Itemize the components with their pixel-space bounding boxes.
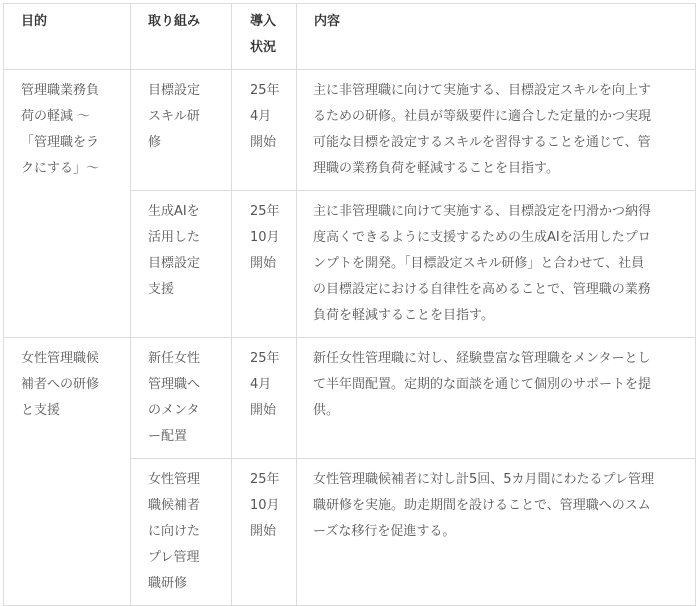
- initiative-text: のメンタ: [148, 398, 219, 424]
- content-text: 理職の業務負荷を軽減することを目指す。: [313, 156, 681, 182]
- content-text: 主に非管理職に向けて実施する、目標設定スキルを向上す: [313, 78, 681, 104]
- initiative-cell: 女性管理 職候補者 に向けた プレ管理 職研修: [131, 459, 232, 524]
- content-text: 度高くできるように支援するための生成AIを活用したプロ: [313, 225, 681, 251]
- header-status-text-2: 状況: [250, 35, 290, 61]
- content-text: 供。: [313, 398, 681, 424]
- content-text: の目標設定における自律性を高めることで、管理職の業務: [313, 277, 681, 303]
- content-text: 女性管理職候補者に対し計5回、5カ月間にわたるプレ管理: [313, 467, 681, 493]
- header-initiative: 取り組み: [131, 4, 232, 70]
- initiative-text: 管理職へ: [148, 372, 219, 398]
- content-cell: 主に非管理職に向けて実施する、目標設定スキルを向上す るための研修。社員が等級要…: [297, 70, 696, 191]
- content-text: 可能な目標を設定するスキルを習得することを通じて、管: [313, 130, 681, 156]
- table-row: 女性管理職候 補者への研修 と支援 新任女性 管理職へ のメンタ ー配置 25年…: [4, 338, 696, 459]
- status-text: 4月: [250, 104, 290, 130]
- initiative-text: に向けた: [148, 519, 219, 523]
- status-text: 25年: [250, 199, 290, 225]
- status-cell: 25年 4月 開始: [232, 70, 297, 191]
- content-text: ーズな移行を促進する。: [313, 519, 681, 523]
- status-cell: 25年 10月 開始: [232, 459, 297, 524]
- header-purpose-text: 目的: [21, 9, 118, 35]
- initiative-cell: 目標設定 スキル研 修: [131, 70, 232, 191]
- initiative-text: ー配置: [148, 424, 219, 450]
- initiative-cell: 新任女性 管理職へ のメンタ ー配置: [131, 338, 232, 459]
- initiative-text: 目標設定: [148, 78, 219, 104]
- status-text: 25年: [250, 467, 290, 493]
- content-text: て半年間配置。定期的な面談を通じて個別のサポートを提: [313, 372, 681, 398]
- status-text: 開始: [250, 398, 290, 424]
- status-text: 開始: [250, 519, 290, 523]
- purpose-cell: 女性管理職候 補者への研修 と支援: [4, 338, 131, 524]
- header-content: 内容: [297, 4, 696, 70]
- initiative-text: 活用した: [148, 225, 219, 251]
- content-cell: 新任女性管理職に対し、経験豊富な管理職をメンターとし て半年間配置。定期的な面談…: [297, 338, 696, 459]
- initiative-cell: 生成AIを 活用した 目標設定 支援: [131, 191, 232, 338]
- content-text: 新任女性管理職に対し、経験豊富な管理職をメンターとし: [313, 346, 681, 372]
- status-cell: 25年 10月 開始: [232, 191, 297, 338]
- content-text: 職研修を実施。助走期間を設けることで、管理職へのスム: [313, 493, 681, 519]
- purpose-text: 荷の軽減 〜: [21, 104, 118, 130]
- initiative-text: 女性管理: [148, 467, 219, 493]
- initiative-text: 生成AIを: [148, 199, 219, 225]
- status-text: 25年: [250, 346, 290, 372]
- status-text: 開始: [250, 251, 290, 277]
- status-text: 25年: [250, 78, 290, 104]
- initiative-text: 新任女性: [148, 346, 219, 372]
- header-status-text-1: 導入: [250, 9, 290, 35]
- content-text: るための研修。社員が等級要件に適合した定量的かつ実現: [313, 104, 681, 130]
- header-status: 導入 状況: [232, 4, 297, 70]
- initiative-text: 職候補者: [148, 493, 219, 519]
- status-cell: 25年 4月 開始: [232, 338, 297, 459]
- initiative-text: スキル研: [148, 104, 219, 130]
- content-text: 主に非管理職に向けて実施する、目標設定を円滑かつ納得: [313, 199, 681, 225]
- purpose-text: 管理職業務負: [21, 78, 118, 104]
- purpose-text: クにする」〜: [21, 156, 118, 182]
- table-row: 管理職業務負 荷の軽減 〜 「管理職をラ クにする」〜 目標設定 スキル研 修 …: [4, 70, 696, 191]
- purpose-cell: 管理職業務負 荷の軽減 〜 「管理職をラ クにする」〜: [4, 70, 131, 338]
- purpose-text: 補者への研修: [21, 372, 118, 398]
- purpose-text: 「管理職をラ: [21, 130, 118, 156]
- purpose-text: 女性管理職候: [21, 346, 118, 372]
- content-text: 負荷を軽減することを目指す。: [313, 303, 681, 329]
- status-text: 10月: [250, 493, 290, 519]
- status-text: 開始: [250, 130, 290, 156]
- content-cell: 主に非管理職に向けて実施する、目標設定を円滑かつ納得 度高くできるように支援する…: [297, 191, 696, 338]
- header-content-text: 内容: [314, 9, 683, 35]
- header-purpose: 目的: [4, 4, 131, 70]
- header-row: 目的 取り組み 導入 状況 内容: [4, 4, 696, 70]
- initiative-text: 支援: [148, 277, 219, 303]
- content-text: ンプトを開発。「目標設定スキル研修」と合わせて、社員: [313, 251, 681, 277]
- table-container: 目的 取り組み 導入 状況 内容 管理職業務負 荷の軽減 〜: [3, 3, 696, 523]
- header-initiative-text: 取り組み: [148, 9, 219, 35]
- initiatives-table: 目的 取り組み 導入 状況 内容 管理職業務負 荷の軽減 〜: [3, 3, 696, 523]
- purpose-text: と支援: [21, 398, 118, 424]
- initiative-text: 修: [148, 130, 219, 156]
- status-text: 10月: [250, 225, 290, 251]
- initiative-text: 目標設定: [148, 251, 219, 277]
- content-cell: 女性管理職候補者に対し計5回、5カ月間にわたるプレ管理 職研修を実施。助走期間を…: [297, 459, 696, 524]
- status-text: 4月: [250, 372, 290, 398]
